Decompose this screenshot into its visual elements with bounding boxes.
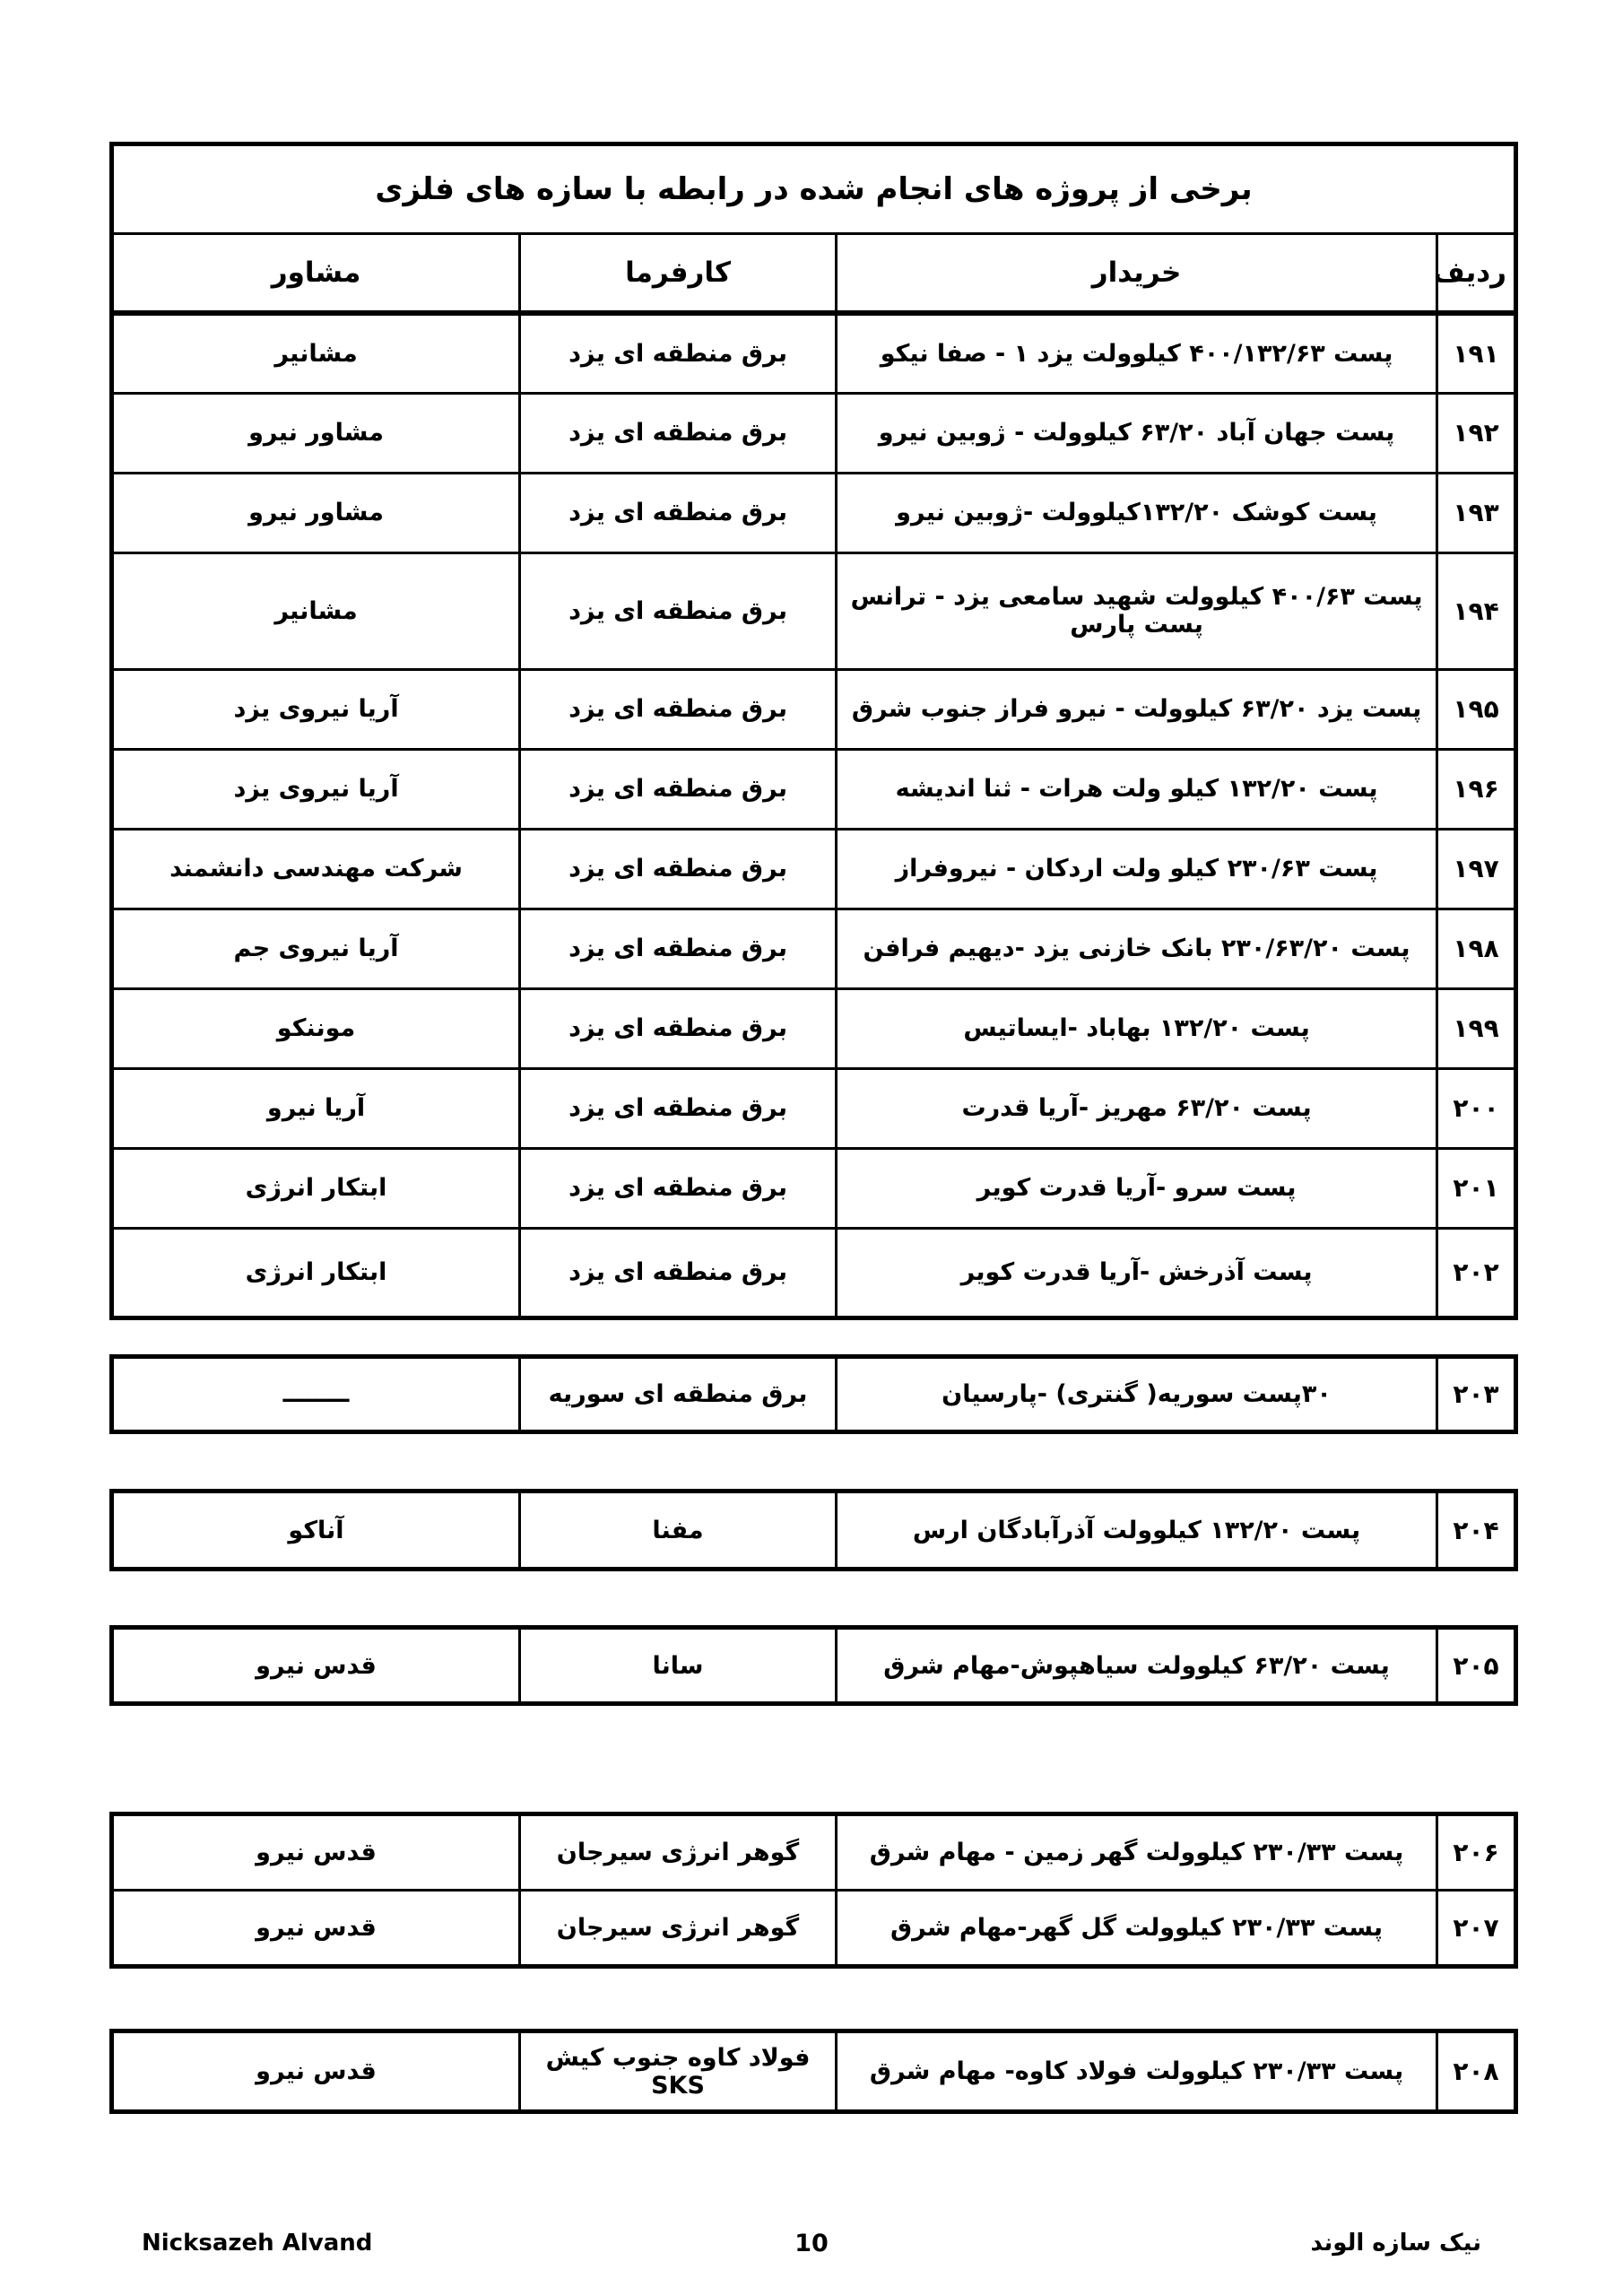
row-number-cell: ۱۹۵: [1437, 669, 1516, 749]
buyer-cell: پست ۴۰۰/۱۳۲/۶۳ کیلوولت یزد ۱ - صفا نیکو: [837, 313, 1437, 393]
employer-cell: برق منطقه ای یزد: [520, 552, 837, 669]
buyer-cell: پست ۶۳/۲۰ کیلوولت سیاهپوش-مهام شرق: [837, 1628, 1437, 1704]
column-header-employer: کارفرما: [520, 234, 837, 314]
column-header-row-number: ردیف: [1437, 234, 1516, 314]
employer-cell: برق منطقه ای یزد: [520, 473, 837, 552]
row-number-cell: ۲۰۸: [1437, 2031, 1516, 2112]
table-row: ۲۰۶پست ۲۳۰/۳۳ کیلوولت گهر زمین - مهام شر…: [112, 1814, 1516, 1891]
table-row: ۱۹۵پست یزد ۶۳/۲۰ کیلوولت - نیرو فراز جنو…: [112, 669, 1516, 749]
projects-table-block-205: ۲۰۵پست ۶۳/۲۰ کیلوولت سیاهپوش-مهام شرقسان…: [109, 1625, 1518, 1706]
row-number-cell: ۱۹۷: [1437, 829, 1516, 909]
buyer-cell: پست ۲۳۰/۳۳ کیلوولت گل گهر-مهام شرق: [837, 1891, 1437, 1967]
table-title: برخی از پروژه های انجام شده در رابطه با …: [112, 144, 1516, 234]
consultant-cell: آریا نیرو: [112, 1068, 520, 1148]
buyer-cell: پست ۲۳۰/۶۳/۲۰ بانک خازنی یزد -دیهیم فراف…: [837, 909, 1437, 988]
table-row: ۲۰۱پست سرو -آریا قدرت کویربرق منطقه ای ی…: [112, 1148, 1516, 1228]
row-number-cell: ۱۹۶: [1437, 749, 1516, 829]
table-body: ۲۰۴پست ۱۳۲/۲۰ کیلوولت آذرآبادگان ارسمفنا…: [112, 1492, 1516, 1570]
row-number-cell: ۱۹۱: [1437, 313, 1516, 393]
table-row: ۱۹۱پست ۴۰۰/۱۳۲/۶۳ کیلوولت یزد ۱ - صفا نی…: [112, 313, 1516, 393]
table-row: ۱۹۶پست ۱۳۲/۲۰ کیلو ولت هرات - ثنا اندیشه…: [112, 749, 1516, 829]
buyer-cell: ۳۰پست سوریه( گنتری) -پارسیان: [837, 1357, 1437, 1432]
employer-cell: سانا: [520, 1628, 837, 1704]
consultant-cell: مشاور نیرو: [112, 393, 520, 473]
employer-cell: مفنا: [520, 1492, 837, 1570]
table-body: ۲۰۵پست ۶۳/۲۰ کیلوولت سیاهپوش-مهام شرقسان…: [112, 1628, 1516, 1704]
employer-cell: برق منطقه ای یزد: [520, 829, 837, 909]
projects-table-block-203: ۲۰۳۳۰پست سوریه( گنتری) -پارسیانبرق منطقه…: [109, 1354, 1518, 1434]
row-number-cell: ۱۹۴: [1437, 552, 1516, 669]
consultant-cell: قدس نیرو: [112, 1814, 520, 1891]
consultant-cell: ــــــــ: [112, 1357, 520, 1432]
footer-company-persian: نیک سازه الوند: [1310, 2230, 1481, 2257]
consultant-cell: قدس نیرو: [112, 1891, 520, 1967]
row-number-cell: ۲۰۷: [1437, 1891, 1516, 1967]
buyer-cell: پست جهان آباد ۶۳/۲۰ کیلوولت - ژوبین نیرو: [837, 393, 1437, 473]
buyer-cell: پست ۱۳۲/۲۰ کیلوولت آذرآبادگان ارس: [837, 1492, 1437, 1570]
row-number-cell: ۱۹۲: [1437, 393, 1516, 473]
buyer-cell: پست آذرخش -آریا قدرت کویر: [837, 1228, 1437, 1318]
row-number-cell: ۱۹۹: [1437, 988, 1516, 1068]
row-number-cell: ۲۰۳: [1437, 1357, 1516, 1432]
employer-cell: فولاد کاوه جنوب کیش SKS: [520, 2031, 837, 2112]
table-row: ۲۰۷پست ۲۳۰/۳۳ کیلوولت گل گهر-مهام شرقگوه…: [112, 1891, 1516, 1967]
employer-cell: برق منطقه ای یزد: [520, 669, 837, 749]
consultant-cell: قدس نیرو: [112, 2031, 520, 2112]
row-number-cell: ۱۹۸: [1437, 909, 1516, 988]
buyer-cell: پست ۲۳۰/۶۳ کیلو ولت اردکان - نیروفراز: [837, 829, 1437, 909]
buyer-cell: پست ۱۳۲/۲۰ بهاباد -ایساتیس: [837, 988, 1437, 1068]
table-row: ۱۹۹پست ۱۳۲/۲۰ بهاباد -ایساتیسبرق منطقه ا…: [112, 988, 1516, 1068]
consultant-cell: موننکو: [112, 988, 520, 1068]
table-row: ۲۰۴پست ۱۳۲/۲۰ کیلوولت آذرآبادگان ارسمفنا…: [112, 1492, 1516, 1570]
projects-table-block-208: ۲۰۸پست ۲۳۰/۳۳ کیلوولت فولاد کاوه- مهام ش…: [109, 2029, 1518, 2114]
consultant-cell: مشانیر: [112, 313, 520, 393]
employer-cell: برق منطقه ای یزد: [520, 1148, 837, 1228]
table-body: ۲۰۸پست ۲۳۰/۳۳ کیلوولت فولاد کاوه- مهام ش…: [112, 2031, 1516, 2112]
employer-cell: برق منطقه ای یزد: [520, 1068, 837, 1148]
column-header-consultant: مشاور: [112, 234, 520, 314]
table-row: ۱۹۴پست ۴۰۰/۶۳ کیلوولت شهید سامعی یزد - ت…: [112, 552, 1516, 669]
row-number-cell: ۲۰۲: [1437, 1228, 1516, 1318]
table-row: ۲۰۵پست ۶۳/۲۰ کیلوولت سیاهپوش-مهام شرقسان…: [112, 1628, 1516, 1704]
employer-cell: برق منطقه ای یزد: [520, 393, 837, 473]
buyer-cell: پست ۶۳/۲۰ مهریز -آریا قدرت: [837, 1068, 1437, 1148]
header-row: ردیف خریدار کارفرما مشاور: [112, 234, 1516, 314]
table-row: ۲۰۲پست آذرخش -آریا قدرت کویربرق منطقه ای…: [112, 1228, 1516, 1318]
employer-cell: گوهر انرژی سیرجان: [520, 1891, 837, 1967]
table-row: ۱۹۳پست کوشک ۱۳۲/۲۰کیلوولت -ژوبین نیروبرق…: [112, 473, 1516, 552]
consultant-cell: آریا نیروی یزد: [112, 669, 520, 749]
projects-table-block-206-207: ۲۰۶پست ۲۳۰/۳۳ کیلوولت گهر زمین - مهام شر…: [109, 1812, 1518, 1969]
page-footer: Nicksazeh Alvand 10 نیک سازه الوند: [0, 2230, 1623, 2266]
consultant-cell: آریا نیروی یزد: [112, 749, 520, 829]
row-number-cell: ۱۹۳: [1437, 473, 1516, 552]
table-head: برخی از پروژه های انجام شده در رابطه با …: [112, 144, 1516, 314]
consultant-cell: مشاور نیرو: [112, 473, 520, 552]
buyer-cell: پست کوشک ۱۳۲/۲۰کیلوولت -ژوبین نیرو: [837, 473, 1437, 552]
table-row: ۲۰۸پست ۲۳۰/۳۳ کیلوولت فولاد کاوه- مهام ش…: [112, 2031, 1516, 2112]
buyer-cell: پست ۲۳۰/۳۳ کیلوولت گهر زمین - مهام شرق: [837, 1814, 1437, 1891]
employer-cell: برق منطقه ای یزد: [520, 749, 837, 829]
buyer-cell: پست ۱۳۲/۲۰ کیلو ولت هرات - ثنا اندیشه: [837, 749, 1437, 829]
table-body: ۲۰۳۳۰پست سوریه( گنتری) -پارسیانبرق منطقه…: [112, 1357, 1516, 1432]
buyer-cell: پست ۴۰۰/۶۳ کیلوولت شهید سامعی یزد - تران…: [837, 552, 1437, 669]
row-number-cell: ۲۰۰: [1437, 1068, 1516, 1148]
title-row: برخی از پروژه های انجام شده در رابطه با …: [112, 144, 1516, 234]
table-row: ۱۹۸پست ۲۳۰/۶۳/۲۰ بانک خازنی یزد -دیهیم ف…: [112, 909, 1516, 988]
row-number-cell: ۲۰۶: [1437, 1814, 1516, 1891]
projects-table-block-204: ۲۰۴پست ۱۳۲/۲۰ کیلوولت آذرآبادگان ارسمفنا…: [109, 1489, 1518, 1571]
buyer-cell: پست سرو -آریا قدرت کویر: [837, 1148, 1437, 1228]
buyer-cell: پست یزد ۶۳/۲۰ کیلوولت - نیرو فراز جنوب ش…: [837, 669, 1437, 749]
employer-cell: برق منطقه ای یزد: [520, 1228, 837, 1318]
row-number-cell: ۲۰۱: [1437, 1148, 1516, 1228]
consultant-cell: ابتکار انرژی: [112, 1228, 520, 1318]
table-row: ۱۹۲پست جهان آباد ۶۳/۲۰ کیلوولت - ژوبین ن…: [112, 393, 1516, 473]
employer-cell: گوهر انرژی سیرجان: [520, 1814, 837, 1891]
projects-table-main: برخی از پروژه های انجام شده در رابطه با …: [109, 142, 1518, 1320]
consultant-cell: ابتکار انرژی: [112, 1148, 520, 1228]
employer-cell: برق منطقه ای یزد: [520, 909, 837, 988]
consultant-cell: آناکو: [112, 1492, 520, 1570]
row-number-cell: ۲۰۵: [1437, 1628, 1516, 1704]
consultant-cell: آریا نیروی جم: [112, 909, 520, 988]
employer-cell: برق منطقه ای یزد: [520, 313, 837, 393]
row-number-cell: ۲۰۴: [1437, 1492, 1516, 1570]
table-row: ۲۰۳۳۰پست سوریه( گنتری) -پارسیانبرق منطقه…: [112, 1357, 1516, 1432]
consultant-cell: مشانیر: [112, 552, 520, 669]
employer-cell: برق منطقه ای یزد: [520, 988, 837, 1068]
consultant-cell: قدس نیرو: [112, 1628, 520, 1704]
column-header-buyer: خریدار: [837, 234, 1437, 314]
employer-cell: برق منطقه ای سوریه: [520, 1357, 837, 1432]
consultant-cell: شرکت مهندسی دانشمند: [112, 829, 520, 909]
table-body: ۱۹۱پست ۴۰۰/۱۳۲/۶۳ کیلوولت یزد ۱ - صفا نی…: [112, 313, 1516, 1318]
table-row: ۱۹۷پست ۲۳۰/۶۳ کیلو ولت اردکان - نیروفراز…: [112, 829, 1516, 909]
table-body: ۲۰۶پست ۲۳۰/۳۳ کیلوولت گهر زمین - مهام شر…: [112, 1814, 1516, 1967]
table-row: ۲۰۰پست ۶۳/۲۰ مهریز -آریا قدرتبرق منطقه ا…: [112, 1068, 1516, 1148]
buyer-cell: پست ۲۳۰/۳۳ کیلوولت فولاد کاوه- مهام شرق: [837, 2031, 1437, 2112]
